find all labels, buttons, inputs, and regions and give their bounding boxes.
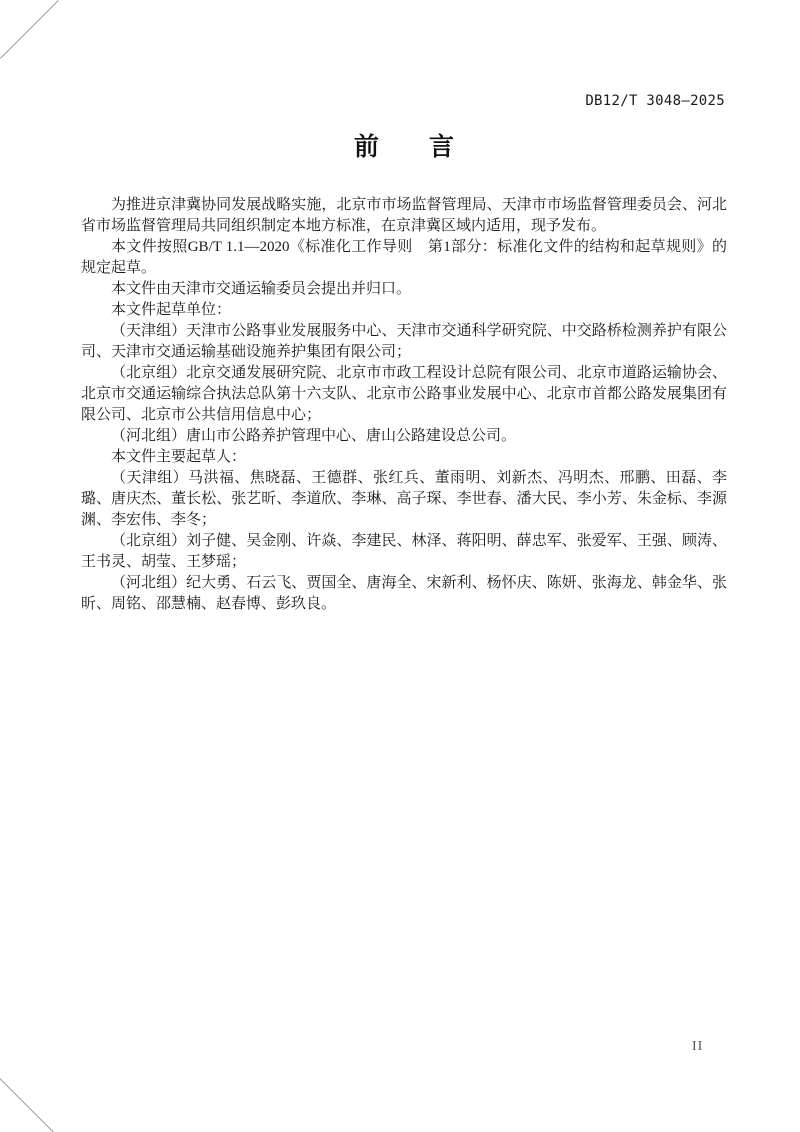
para-drafting-units-label: 本文件起草单位： xyxy=(81,300,727,321)
para-drafters-beijing: （北京组）刘子健、吴金刚、许焱、李建民、林泽、蒋阳明、薛忠军、张爱军、王强、顾涛… xyxy=(81,531,727,573)
corner-crop-mark-top-left xyxy=(0,0,59,59)
para-units-beijing: （北京组）北京交通发展研究院、北京市市政工程设计总院有限公司、北京市道路运输协会… xyxy=(81,363,727,426)
para-drafters-label: 本文件主要起草人： xyxy=(81,447,727,468)
corner-crop-mark-bottom-left xyxy=(0,1078,54,1132)
para-drafters-tianjin: （天津组）马洪福、焦晓磊、王德群、张红兵、董雨明、刘新杰、冯明杰、邢鹏、田磊、李… xyxy=(81,468,727,531)
para-issuance-statement: 为推进京津冀协同发展战略实施，北京市市场监督管理局、天津市市场监督管理委员会、河… xyxy=(81,195,727,237)
para-drafting-rule: 本文件按照GB/T 1.1—2020《标准化工作导则 第1部分：标准化文件的结构… xyxy=(81,237,727,279)
foreword-title: 前 言 xyxy=(81,127,727,163)
para-proposed-by: 本文件由天津市交通运输委员会提出并归口。 xyxy=(81,279,727,300)
standard-number-header: DB12/T 3048—2025 xyxy=(585,93,725,109)
foreword-body: 为推进京津冀协同发展战略实施，北京市市场监督管理局、天津市市场监督管理委员会、河… xyxy=(81,195,727,615)
para-units-hebei: （河北组）唐山市公路养护管理中心、唐山公路建设总公司。 xyxy=(81,426,727,447)
document-page: DB12/T 3048—2025 前 言 为推进京津冀协同发展战略实施，北京市市… xyxy=(0,0,800,1132)
para-drafters-hebei: （河北组）纪大勇、石云飞、贾国全、唐海全、宋新利、杨怀庆、陈妍、张海龙、韩金华、… xyxy=(81,573,727,615)
para-units-tianjin: （天津组）天津市公路事业发展服务中心、天津市交通科学研究院、中交路桥检测养护有限… xyxy=(81,321,727,363)
page-number: II xyxy=(692,1039,703,1055)
